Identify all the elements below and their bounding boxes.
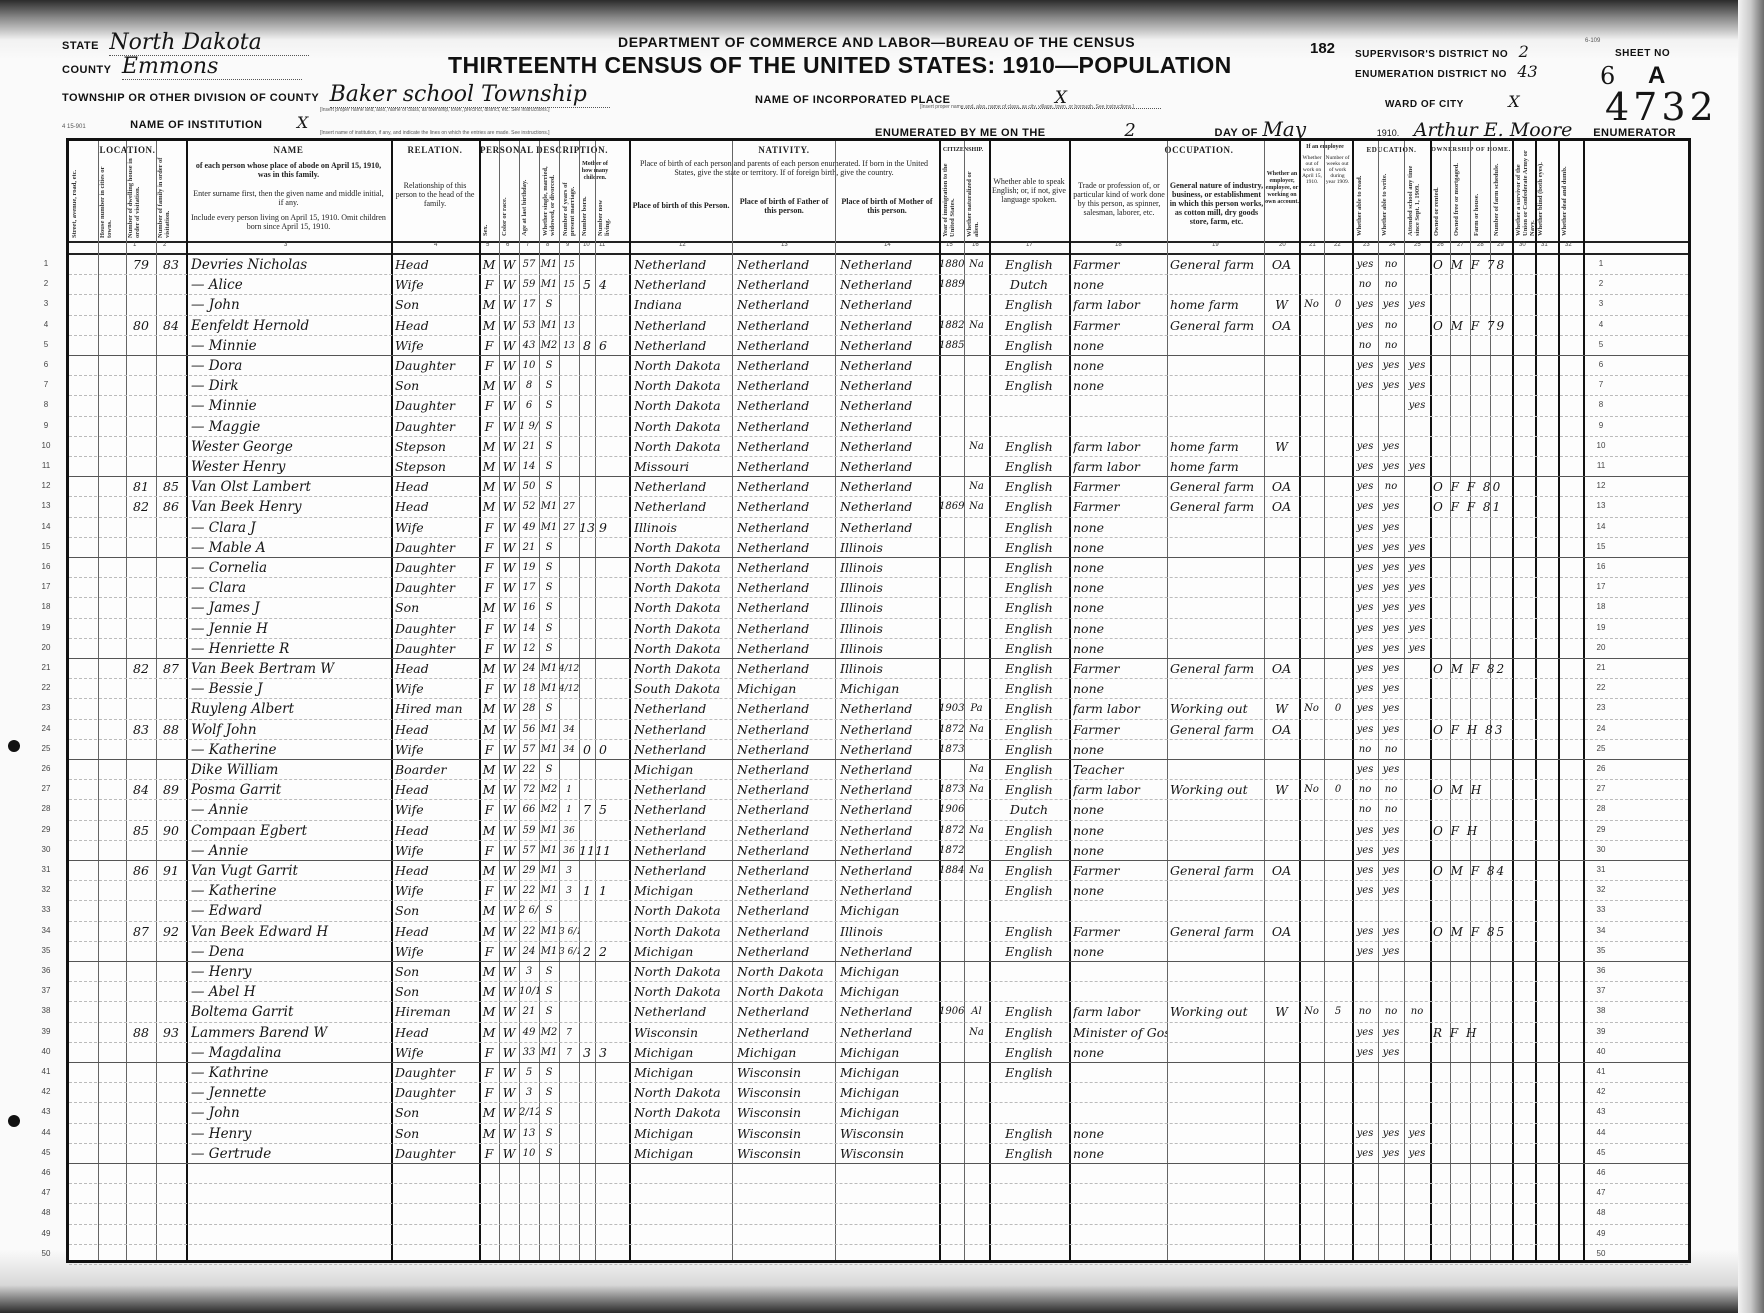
children-living [595,679,611,699]
birthplace-mother: Netherland [840,1002,938,1022]
weeks-out [1324,740,1352,760]
language: English [989,821,1069,841]
children-living [595,1083,611,1103]
dwelling-number [126,417,156,437]
weeks-out [1324,881,1352,901]
attended-school: yes [1404,376,1430,396]
family-number [156,457,186,477]
language [989,982,1069,1002]
immigration-year [939,598,964,618]
children-born [579,982,595,1002]
relation: Hireman [395,1002,479,1022]
line-number-right: 17 [1594,582,1608,591]
can-read: yes [1352,477,1378,497]
dwelling-number [126,639,156,659]
birthplace-mother: Netherland [840,841,938,861]
trade: farm labor [1073,457,1167,477]
family-number [156,942,186,962]
can-read: no [1352,1002,1378,1022]
employer-status: OA [1264,659,1299,679]
employer-status: OA [1264,255,1299,275]
sex: F [479,619,499,639]
can-read: yes [1352,518,1378,538]
years-married [559,1204,579,1224]
birthplace-father: Netherland [737,901,835,921]
weeks-out [1324,720,1352,740]
table-row: 84 89 Posma Garrit Head M W 72 M2 1 Neth… [69,780,1688,800]
person-name: — Dena [191,942,389,962]
race: W [499,336,519,356]
birthplace-person [634,1164,732,1184]
naturalization: Na [964,316,989,336]
can-write [1378,417,1404,437]
birthplace-person: North Dakota [634,1103,732,1123]
birthplace-person: Michigan [634,942,732,962]
birthplace-father: Netherland [737,396,835,416]
sex: F [479,1144,499,1164]
industry [1170,598,1264,618]
home-ownership [1433,417,1513,437]
children-living [595,922,611,942]
sex: F [479,800,499,820]
birthplace-person: North Dakota [634,619,732,639]
line-number-left: 2 [39,279,53,288]
children-living [595,356,611,376]
birthplace-mother: Netherland [840,699,938,719]
sex: F [479,942,499,962]
industry [1170,679,1264,699]
family-number [156,1245,186,1265]
naturalization [964,901,989,921]
table-row: Ruyleng Albert Hired man M W 28 S Nether… [69,699,1688,719]
children-living [595,558,611,578]
employer-status: W [1264,295,1299,315]
birthplace-father: Netherland [737,538,835,558]
industry [1170,1124,1264,1144]
industry [1170,1184,1264,1204]
sex: F [479,518,499,538]
language: English [989,922,1069,942]
trade: none [1073,336,1167,356]
trade: none [1073,639,1167,659]
home-ownership: O F F 80 [1433,477,1513,497]
dwelling-number [126,1083,156,1103]
birthplace-person: Michigan [634,1043,732,1063]
immigration-year [939,760,964,780]
immigration-year [939,1164,964,1184]
home-ownership: R F H [1433,1023,1513,1043]
birthplace-mother: Michigan [840,962,938,982]
trade: Farmer [1073,659,1167,679]
birthplace-father: Netherland [737,699,835,719]
person-name [191,1225,389,1245]
family-number [156,417,186,437]
group-citizenship: CITIZENSHIP. [939,146,987,155]
naturalization [964,558,989,578]
family-number [156,699,186,719]
col-num: 27 [1457,242,1464,248]
col-num: 16 [972,242,979,248]
immigration-year [939,881,964,901]
immigration-year [939,922,964,942]
out-of-work [1299,1144,1324,1164]
line-number-left: 48 [39,1208,53,1217]
family-number: 89 [156,780,186,800]
person-name: Van Beek Henry [191,497,389,517]
sex: F [479,740,499,760]
weeks-out [1324,1043,1352,1063]
marital-status: M1 [539,922,559,942]
birthplace-father: Netherland [737,720,835,740]
age: 52 [519,497,539,517]
col-num: 28 [1477,242,1484,248]
can-write [1378,962,1404,982]
attended-school [1404,720,1430,740]
employer-status [1264,598,1299,618]
weeks-out [1324,760,1352,780]
birthplace-person: Netherland [634,497,732,517]
children-born [579,477,595,497]
birthplace-mother: Netherland [840,336,938,356]
children-born [579,558,595,578]
line-number-right: 36 [1594,966,1608,975]
children-born [579,901,595,921]
years-married [559,639,579,659]
employer-status [1264,336,1299,356]
children-living [595,457,611,477]
relation: Son [395,598,479,618]
birthplace-person [634,1204,732,1224]
birthplace-father: Netherland [737,922,835,942]
age: 17 [519,578,539,598]
weeks-out [1324,457,1352,477]
industry: General farm [1170,255,1264,275]
naturalization: Al [964,1002,989,1022]
relation: Son [395,1124,479,1144]
employer-status: W [1264,699,1299,719]
person-name: Wester George [191,437,389,457]
out-of-work [1299,901,1324,921]
home-ownership [1433,538,1513,558]
home-ownership [1433,518,1513,538]
birthplace-mother: Illinois [840,619,938,639]
employer-status [1264,1184,1299,1204]
relation: Daughter [395,1063,479,1083]
children-born [579,1144,595,1164]
can-write: no [1378,275,1404,295]
out-of-work [1299,578,1324,598]
birthplace-father: Wisconsin [737,1083,835,1103]
age: 13 [519,1124,539,1144]
sheet-code: 6-109 [1585,38,1600,44]
race: W [499,659,519,679]
birthplace-mother: Netherland [840,295,938,315]
years-married [559,619,579,639]
immigration-year [939,1144,964,1164]
relation [395,1225,479,1245]
home-ownership [1433,1245,1513,1265]
marital-status: S [539,376,559,396]
age: 19 [519,558,539,578]
naturalization: Na [964,477,989,497]
children-born [579,497,595,517]
family-number: 85 [156,477,186,497]
children-living [595,1164,611,1184]
trade: none [1073,275,1167,295]
family-number [156,1164,186,1184]
marital-status: S [539,1103,559,1123]
sex: F [479,841,499,861]
attended-school [1404,437,1430,457]
vh-age: Age at last birthday. [521,161,528,236]
birthplace-father: Netherland [737,659,835,679]
naturalization [964,1204,989,1224]
birthplace-mother: Netherland [840,821,938,841]
vh-house-number: House number in cities or towns. [99,153,113,238]
birthplace-person: Netherland [634,316,732,336]
language-desc: Whether able to speak English; or, if no… [991,177,1067,204]
children-born [579,659,595,679]
age [519,1184,539,1204]
dwelling-number: 85 [126,821,156,841]
race: W [499,942,519,962]
years-married: 27 [559,518,579,538]
employer-status [1264,396,1299,416]
person-name: — John [191,295,389,315]
years-married [559,982,579,1002]
years-married [559,376,579,396]
industry: General farm [1170,497,1264,517]
attended-school [1404,760,1430,780]
birthplace-mother: Illinois [840,558,938,578]
table-row: Dike William Boarder M W 22 S Michigan N… [69,760,1688,780]
birth-person-header: Place of birth of this Person. [631,201,731,210]
children-living [595,1245,611,1265]
can-write [1378,1184,1404,1204]
family-number [156,578,186,598]
weeks-out [1324,578,1352,598]
vh-farm-house: Farm or house. [1473,161,1480,236]
age: 10/12 [519,982,539,1002]
industry [1170,275,1264,295]
weeks-out [1324,1184,1352,1204]
relation: Son [395,901,479,921]
home-ownership [1433,1184,1513,1204]
dwelling-number [126,1124,156,1144]
children-living [595,760,611,780]
line-number-right: 47 [1594,1188,1608,1197]
age: 57 [519,255,539,275]
relation: Son [395,1103,479,1123]
home-ownership [1433,1083,1513,1103]
out-of-work [1299,962,1324,982]
can-read [1352,1204,1378,1224]
immigration-year [939,619,964,639]
children-born [579,821,595,841]
industry [1170,558,1264,578]
employer-status [1264,800,1299,820]
race: W [499,800,519,820]
table-row: — Maggie Daughter F W 1 9/12 S North Dak… [69,417,1688,437]
sex: M [479,760,499,780]
person-name: — Annie [191,841,389,861]
birthplace-person: Netherland [634,1002,732,1022]
township-field: Township or other division of county Bak… [62,82,610,108]
dwelling-number [126,396,156,416]
sex: M [479,295,499,315]
employer-status: W [1264,1002,1299,1022]
weeks-out [1324,1144,1352,1164]
trade: none [1073,376,1167,396]
line-number-left: 13 [39,501,53,510]
children-living [595,477,611,497]
relation: Head [395,497,479,517]
children-born [579,598,595,618]
can-write: yes [1378,861,1404,881]
naturalization: Pa [964,699,989,719]
sex: F [479,396,499,416]
dwelling-number: 80 [126,316,156,336]
enumeration-value: 43 [1517,62,1537,81]
out-of-work [1299,1083,1324,1103]
trade: none [1073,598,1167,618]
marital-status: S [539,457,559,477]
immigration-year [939,1043,964,1063]
table-row: — Edward Son M W 2 6/12 S North Dakota N… [69,901,1688,921]
children-born [579,760,595,780]
dwelling-number [126,760,156,780]
can-read: yes [1352,437,1378,457]
birthplace-mother [840,1245,938,1265]
table-row: — John Son M W 2/12 S North Dakota Wisco… [69,1103,1688,1123]
vh-living: Number now living. [597,191,611,236]
immigration-year: 1873 [939,780,964,800]
can-write: no [1378,316,1404,336]
industry [1170,538,1264,558]
sex: M [479,901,499,921]
industry [1170,619,1264,639]
sex: M [479,962,499,982]
trade: none [1073,679,1167,699]
industry [1170,1245,1264,1265]
line-number-left: 16 [39,562,53,571]
dwelling-number [126,699,156,719]
col-num: 13 [781,242,788,248]
can-write [1378,1083,1404,1103]
dwelling-number [126,518,156,538]
birthplace-mother: Netherland [840,740,938,760]
marital-status: M1 [539,861,559,881]
marital-status: M2 [539,780,559,800]
trade: none [1073,619,1167,639]
stamp-number: 182 [1310,40,1335,57]
person-name: Wester Henry [191,457,389,477]
line-number-right: 48 [1594,1208,1608,1217]
age [519,1245,539,1265]
attended-school [1404,922,1430,942]
children-living [595,1204,611,1224]
weeks-out [1324,538,1352,558]
can-read: yes [1352,699,1378,719]
weeks-out [1324,942,1352,962]
age: 22 [519,760,539,780]
line-number-right: 16 [1594,562,1608,571]
employer-status [1264,275,1299,295]
line-number-left: 5 [39,340,53,349]
home-ownership [1433,457,1513,477]
can-write: yes [1378,356,1404,376]
dwelling-number [126,901,156,921]
can-read: yes [1352,1043,1378,1063]
can-read: yes [1352,861,1378,881]
trade: Minister of Gospel [1073,1023,1167,1043]
marital-status: S [539,538,559,558]
line-number-right: 38 [1594,1006,1608,1015]
weeks-out [1324,376,1352,396]
out-of-work [1299,497,1324,517]
dwelling-number: 82 [126,659,156,679]
attended-school [1404,1204,1430,1224]
marital-status: S [539,598,559,618]
relation-desc: Relationship of this person to the head … [395,181,475,208]
birthplace-father: Netherland [737,518,835,538]
immigration-year [939,437,964,457]
language [989,1103,1069,1123]
dwelling-number [126,437,156,457]
weeks-out [1324,1063,1352,1083]
trade: Farmer [1073,861,1167,881]
marital-status [539,1184,559,1204]
person-name [191,1245,389,1265]
industry [1170,356,1264,376]
family-number: 88 [156,720,186,740]
sex: M [479,1103,499,1123]
trade-desc: Trade or profession of, or particular ki… [1072,181,1166,217]
years-married: 7 [559,1023,579,1043]
birthplace-mother: Wisconsin [840,1124,938,1144]
can-write: yes [1378,659,1404,679]
can-write [1378,1164,1404,1184]
line-number-right: 14 [1594,522,1608,531]
out-of-work [1299,639,1324,659]
table-row: — Henry Son M W 13 S Michigan Wisconsin … [69,1124,1688,1144]
children-born [579,578,595,598]
home-ownership: O M F 85 [1433,922,1513,942]
language: English [989,679,1069,699]
can-read: yes [1352,619,1378,639]
out-of-work [1299,841,1324,861]
line-number-right: 22 [1594,683,1608,692]
years-married [559,1245,579,1265]
relation: Wife [395,740,479,760]
race: W [499,1063,519,1083]
table-row: — Minnie Wife F W 43 M2 13 8 6 Netherlan… [69,336,1688,356]
person-name: — Mable A [191,538,389,558]
marital-status: S [539,1063,559,1083]
immigration-year: 1880 [939,255,964,275]
age: 17 [519,295,539,315]
birthplace-mother: Netherland [840,861,938,881]
family-number [156,1083,186,1103]
years-married: 1 [559,800,579,820]
birthplace-father: Netherland [737,760,835,780]
birthplace-father: Netherland [737,477,835,497]
family-number: 87 [156,659,186,679]
years-married [559,1184,579,1204]
relation: Head [395,922,479,942]
can-write: yes [1378,881,1404,901]
dwelling-number [126,1225,156,1245]
